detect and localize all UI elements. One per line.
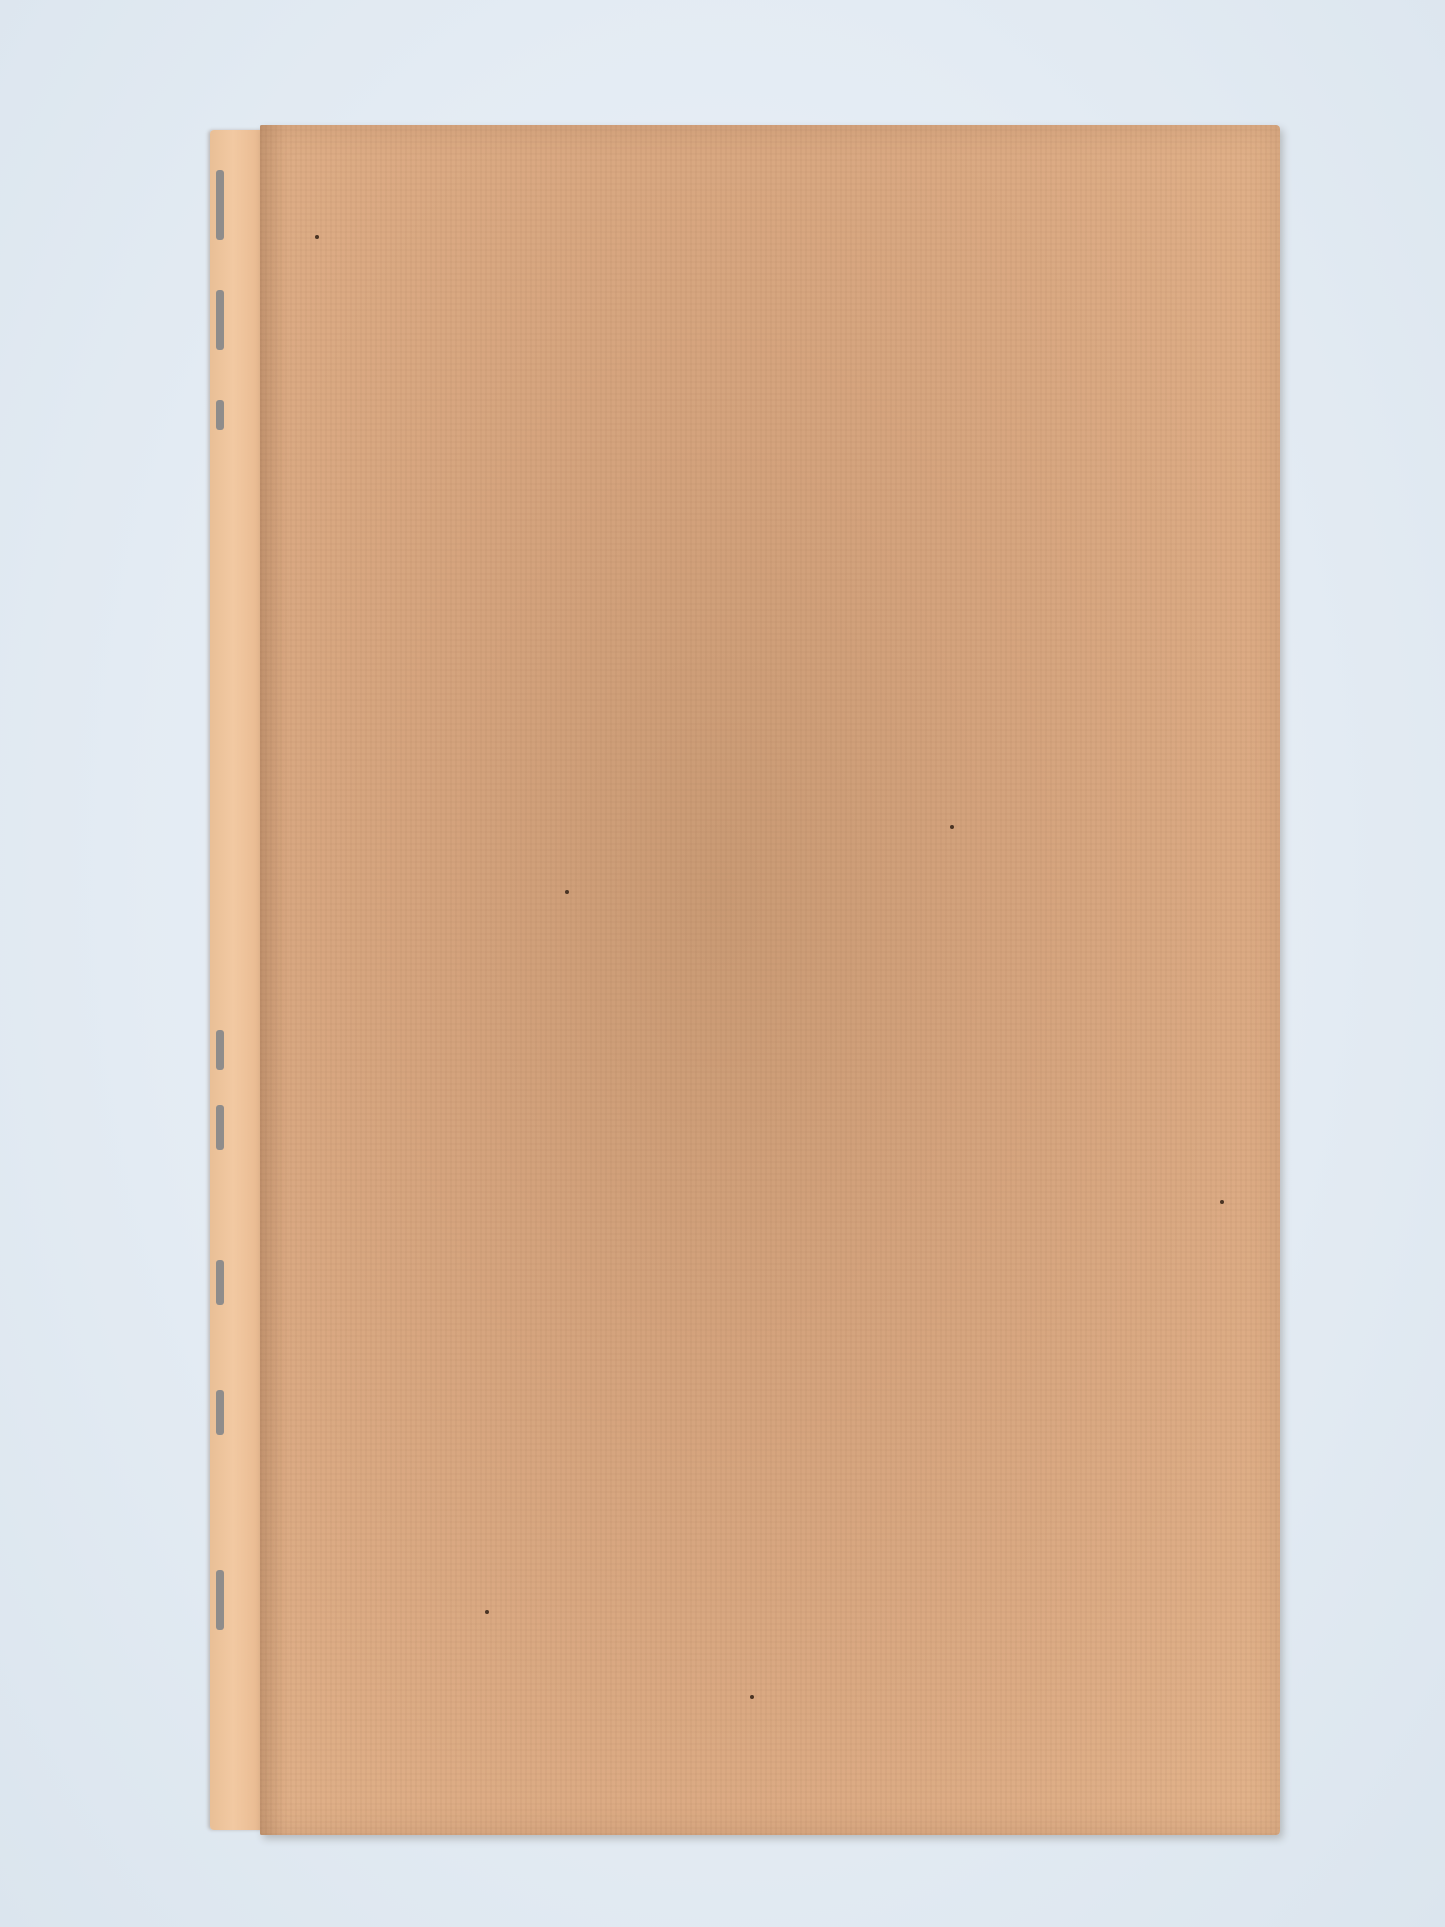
- spine-mark: [216, 1570, 224, 1630]
- speck: [1220, 1200, 1224, 1204]
- spine-mark: [216, 1390, 224, 1435]
- spine-mark: [216, 290, 224, 350]
- spine-mark: [216, 1030, 224, 1070]
- spine-mark: [216, 1260, 224, 1305]
- spine-mark: [216, 1105, 224, 1150]
- book: [210, 130, 1280, 1830]
- speck: [315, 235, 319, 239]
- spine-mark: [216, 400, 224, 430]
- speck: [750, 1695, 754, 1699]
- spine-mark: [216, 170, 224, 240]
- speck: [565, 890, 569, 894]
- cover-hinge: [260, 125, 286, 1835]
- speck: [950, 825, 954, 829]
- book-cover: [260, 125, 1280, 1835]
- speck: [485, 1610, 489, 1614]
